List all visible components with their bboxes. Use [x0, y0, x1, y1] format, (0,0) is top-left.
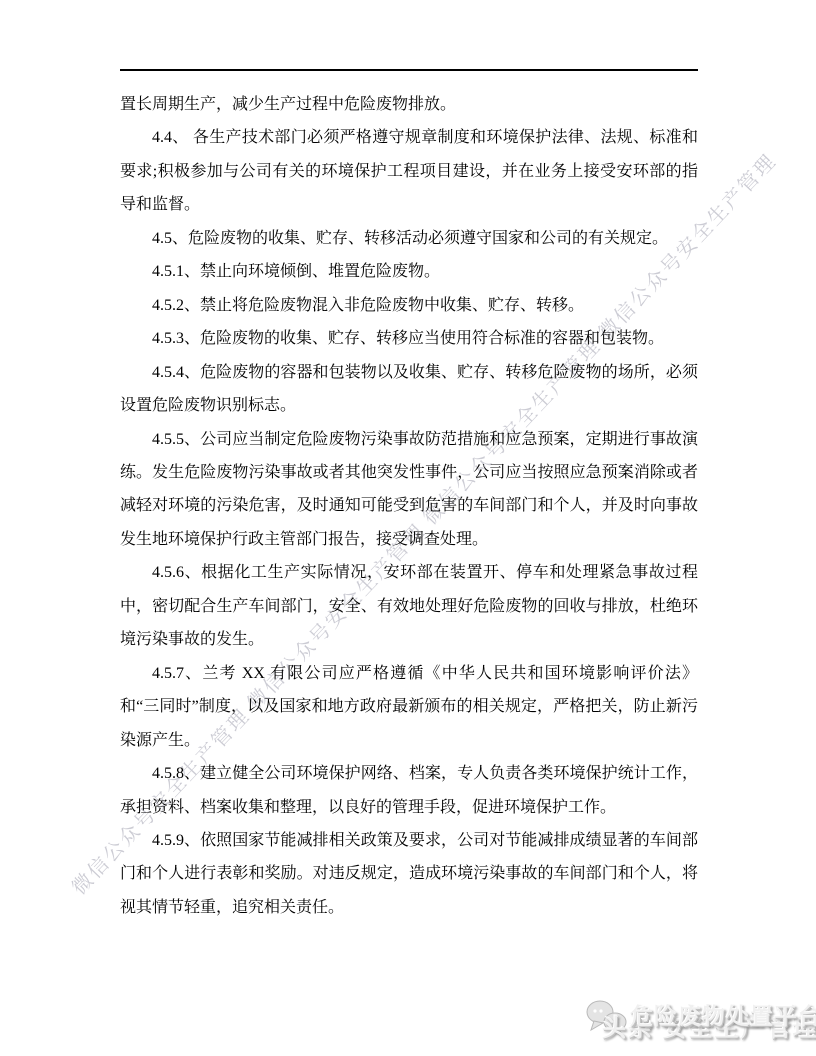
- paragraph: 4.5.8、建立健全公司环境保护网络、档案，专人负责各类环境保护统计工作，承担资…: [120, 757, 698, 824]
- header-rule: [120, 69, 698, 71]
- paragraph: 4.5.7、兰考 XX 有限公司应严格遵循《中华人民共和国环境影响评价法》和“三…: [120, 657, 698, 757]
- paragraph: 4.5.1、禁止向环境倾倒、堆置危险废物。: [120, 255, 698, 288]
- paragraph: 4.5.2、禁止将危险废物混入非危险废物中收集、贮存、转移。: [120, 289, 698, 322]
- footer-text-primary: 危险废物处置平台: [630, 998, 816, 1031]
- paragraph: 4.5.6、根据化工生产实际情况，安环部在装置开、停车和处理紧急事故过程中，密切…: [120, 556, 698, 656]
- paragraph: 4.4、 各生产技术部门必须严格遵守规章制度和环境保护法律、法规、标准和要求;积…: [120, 121, 698, 221]
- document-body: 置长周期生产，减少生产过程中危险废物排放。4.4、 各生产技术部门必须严格遵守规…: [120, 88, 698, 924]
- paragraph: 4.5、危险废物的收集、贮存、转移活动必须遵守国家和公司的有关规定。: [120, 222, 698, 255]
- paragraph: 4.5.4、危险废物的容器和包装物以及收集、贮存、转移危险废物的场所，必须设置危…: [120, 356, 698, 423]
- paragraph: 置长周期生产，减少生产过程中危险废物排放。: [120, 88, 698, 121]
- paragraph: 4.5.5、公司应当制定危险废物污染事故防范措施和应急预案，定期进行事故演练。发…: [120, 423, 698, 557]
- paragraph: 4.5.3、危险废物的收集、贮存、转移应当使用符合标准的容器和包装物。: [120, 322, 698, 355]
- document-page: { "watermark": { "text": "微信公众号安全生产管理 微信…: [0, 0, 816, 1056]
- footer-logo: 头条 安全生产管理 危险废物处置平台: [584, 992, 812, 1052]
- paragraph: 4.5.9、依照国家节能减排相关政策及要求，公司对节能减排成绩显著的车间部门和个…: [120, 824, 698, 924]
